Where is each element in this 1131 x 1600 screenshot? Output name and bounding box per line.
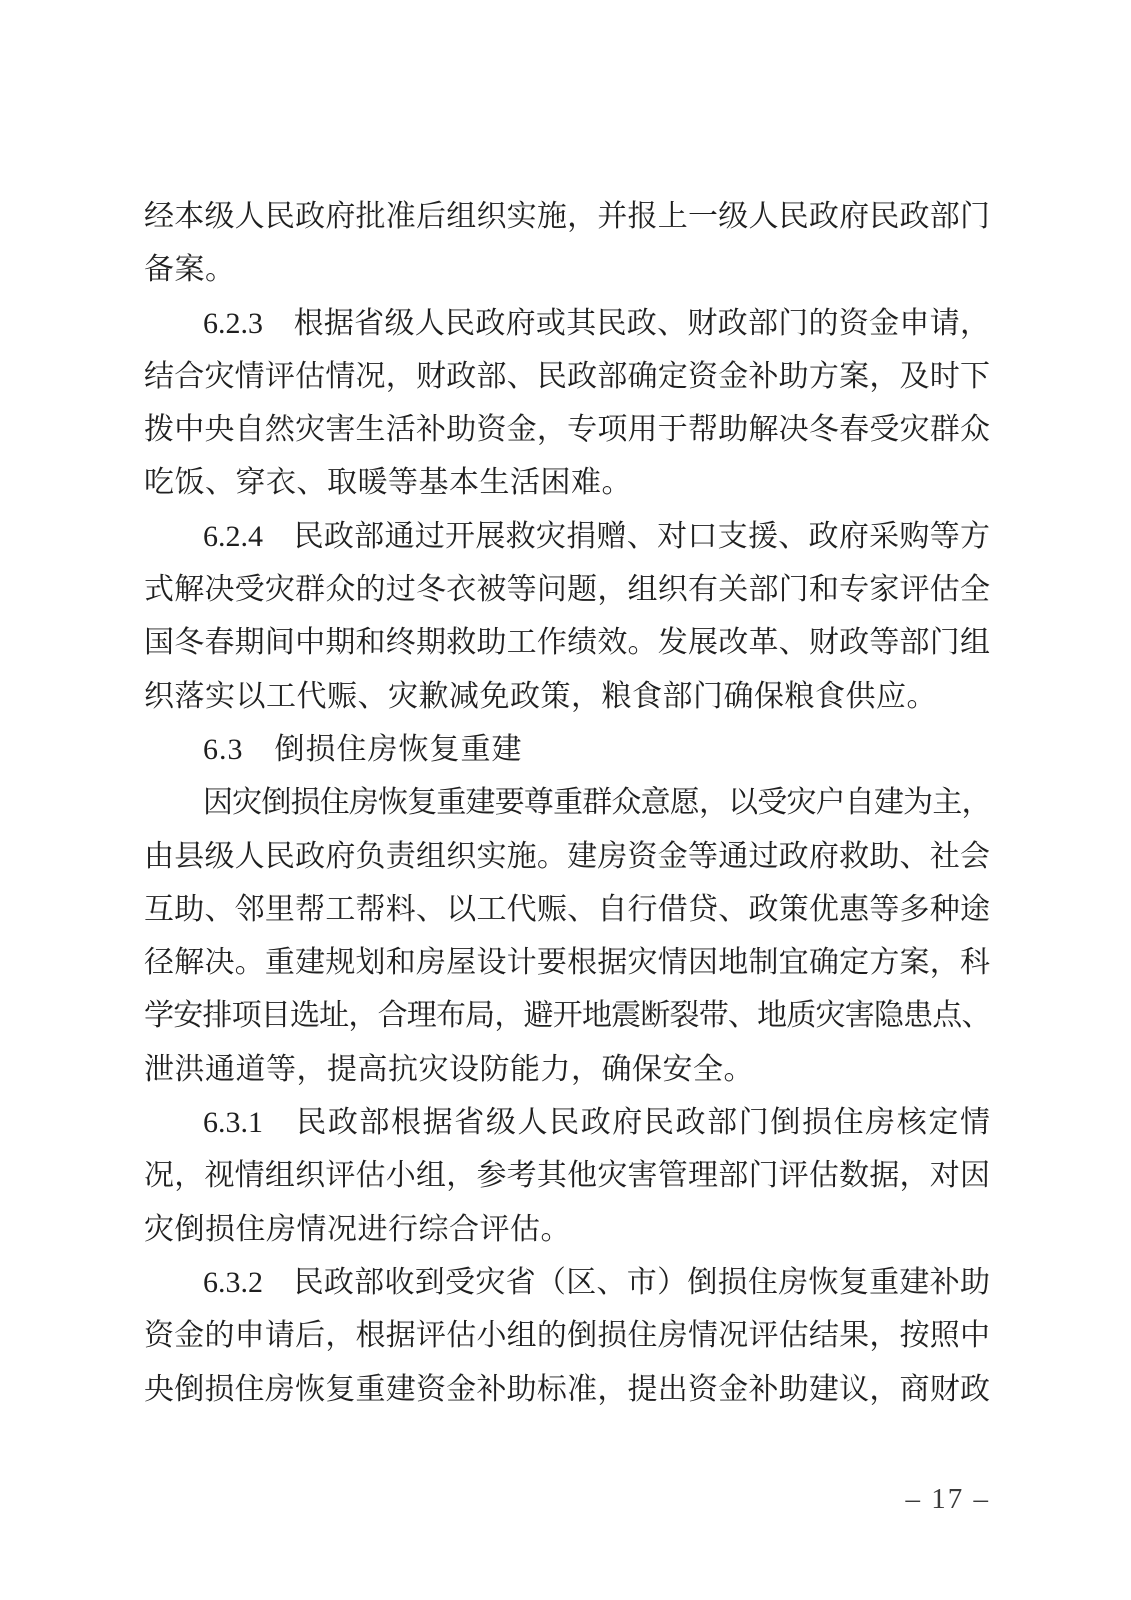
text-line: 灾倒损住房情况进行综合评估。 [144, 1203, 990, 1256]
paragraph-start-line: 因灾倒损住房恢复重建要尊重群众意愿，以受灾户自建为主， [144, 776, 990, 829]
text-line: 资金的申请后，根据评估小组的倒损住房情况评估结果，按照中 [144, 1309, 990, 1362]
text-line: 径解决。重建规划和房屋设计要根据灾情因地制宜确定方案，科 [144, 936, 990, 989]
text-line: 国冬春期间中期和终期救助工作绩效。发展改革、财政等部门组 [144, 616, 990, 669]
text-line: 织落实以工代赈、灾歉减免政策，粮食部门确保粮食供应。 [144, 670, 990, 723]
section-6-3-2-start-line: 6.3.2 民政部收到受灾省（区、市）倒损住房恢复重建补助 [144, 1256, 990, 1309]
text-line: 由县级人民政府负责组织实施。建房资金等通过政府救助、社会 [144, 830, 990, 883]
text-line: 经本级人民政府批准后组织实施，并报上一级人民政府民政部门 [144, 190, 990, 243]
section-6-2-3-start-line: 6.2.3 根据省级人民政府或其民政、财政部门的资金申请， [144, 297, 990, 350]
text-line: 况，视情组织评估小组，参考其他灾害管理部门评估数据，对因 [144, 1149, 990, 1202]
text-line: 备案。 [144, 243, 990, 296]
document-text-block: 经本级人民政府批准后组织实施，并报上一级人民政府民政部门 备案。 6.2.3 根… [144, 190, 990, 1416]
text-line: 学安排项目选址，合理布局，避开地震断裂带、地质灾害隐患点、 [144, 989, 990, 1042]
section-6-2-4-start-line: 6.2.4 民政部通过开展救灾捐赠、对口支援、政府采购等方 [144, 510, 990, 563]
text-line: 拨中央自然灾害生活补助资金，专项用于帮助解决冬春受灾群众 [144, 403, 990, 456]
text-line: 互助、邻里帮工帮料、以工代赈、自行借贷、政策优惠等多种途 [144, 883, 990, 936]
text-line: 泄洪通道等，提高抗灾设防能力，确保安全。 [144, 1043, 990, 1096]
text-line: 式解决受灾群众的过冬衣被等问题，组织有关部门和专家评估全 [144, 563, 990, 616]
text-line: 央倒损住房恢复重建资金补助标准，提出资金补助建议，商财政 [144, 1363, 990, 1416]
document-page: 经本级人民政府批准后组织实施，并报上一级人民政府民政部门 备案。 6.2.3 根… [0, 0, 1131, 1600]
section-6-3-1-start-line: 6.3.1 民政部根据省级人民政府民政部门倒损住房核定情 [144, 1096, 990, 1149]
section-6-3-heading: 6.3 倒损住房恢复重建 [144, 723, 990, 776]
text-line: 吃饭、穿衣、取暖等基本生活困难。 [144, 456, 990, 509]
text-line: 结合灾情评估情况，财政部、民政部确定资金补助方案，及时下 [144, 350, 990, 403]
page-number: – 17 – [906, 1482, 991, 1516]
